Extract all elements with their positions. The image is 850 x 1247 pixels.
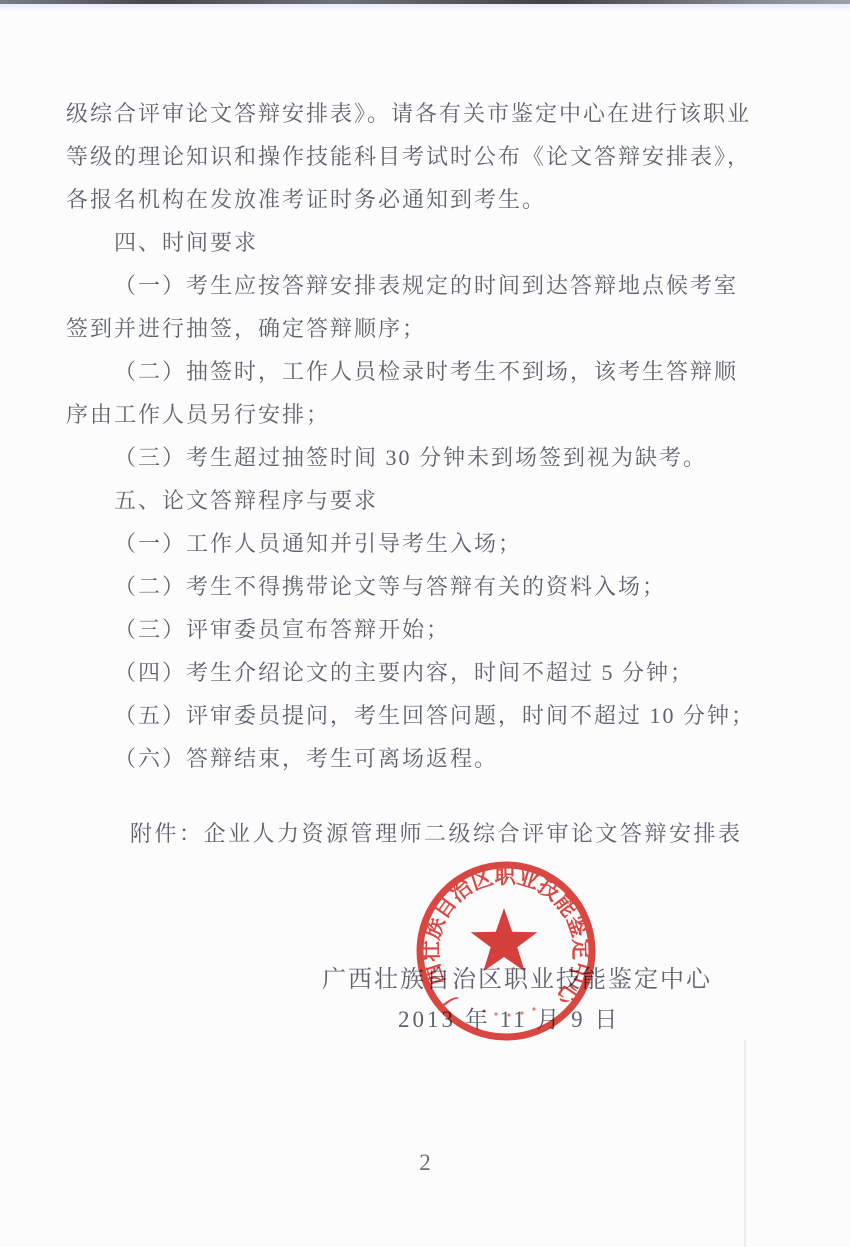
body-line: （二）考生不得携带论文等与答辩有关的资料入场； xyxy=(66,565,776,608)
body-line: 序由工作人员另行安排； xyxy=(66,393,776,436)
body-line: （三）评审委员宣布答辩开始； xyxy=(66,608,776,651)
body-line: （一）考生应按答辩安排表规定的时间到达答辩地点候考室 xyxy=(66,264,776,307)
body-line: （四）考生介绍论文的主要内容，时间不超过 5 分钟； xyxy=(66,651,776,694)
page-number: 2 xyxy=(0,1150,850,1176)
section-heading: 四、时间要求 xyxy=(66,221,776,264)
body-line: 级综合评审论文答辩安排表》。请各有关市鉴定中心在进行该职业 xyxy=(66,92,776,135)
official-seal: 广西壮族自治区职业技能鉴定中心 xyxy=(406,851,606,1051)
scan-artifact-line xyxy=(744,1040,746,1247)
body-line: （六）答辩结束，考生可离场返程。 xyxy=(66,737,776,780)
body-line: （五）评审委员提问，考生回答问题，时间不超过 10 分钟； xyxy=(66,694,776,737)
body-line: 签到并进行抽签，确定答辩顺序； xyxy=(66,307,776,350)
body-line: 等级的理论知识和操作技能科目考试时公布《论文答辩安排表》， xyxy=(66,135,776,178)
body-line: （一）工作人员通知并引导考生入场； xyxy=(66,522,776,565)
red-star-icon xyxy=(471,908,538,971)
section-heading: 五、论文答辩程序与要求 xyxy=(66,479,776,522)
body-line: （二）抽签时，工作人员检录时考生不到场，该考生答辩顺 xyxy=(66,350,776,393)
body-line: （三）考生超过抽签时间 30 分钟未到场签到视为缺考。 xyxy=(66,436,776,479)
seal-serial-marks xyxy=(482,1007,535,1016)
body-line: 各报名机构在发放准考证时务必通知到考生。 xyxy=(66,178,776,221)
scan-top-edge-fade xyxy=(0,4,850,12)
document-body: 级综合评审论文答辩安排表》。请各有关市鉴定中心在进行该职业 等级的理论知识和操作… xyxy=(66,92,776,780)
attachment-line: 附件：企业人力资源管理师二级综合评审论文答辩安排表 xyxy=(130,817,743,848)
